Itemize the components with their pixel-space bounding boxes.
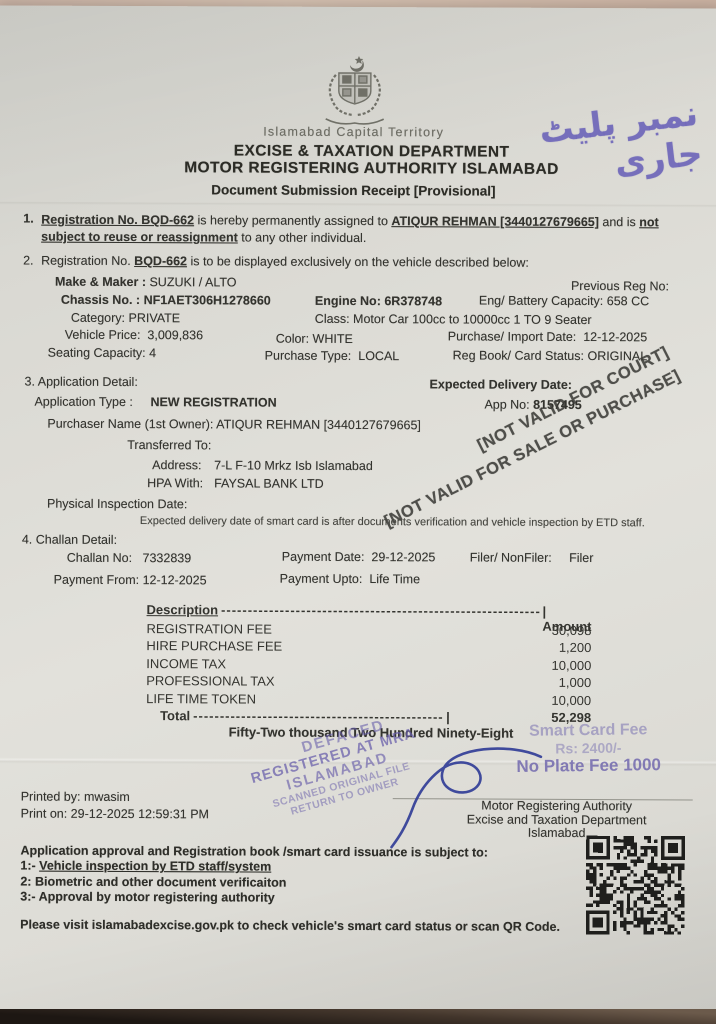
clause2-number: 2. [23,254,33,268]
field-price: Vehicle Price: 3,009,836 [65,328,203,343]
color-label: Color: [276,332,309,346]
clause1-reg: Registration No. BQD-662 [41,213,194,228]
payment-upto-label: Payment Upto: [280,572,363,586]
printed-by: Printed by: mwasim [21,790,130,804]
field-chassis: Chassis No. : NF1AET306H1278660 [61,293,271,308]
note-item-3: 3:- Approval by motor registering author… [20,890,560,908]
clause1-t1: is hereby permanently assigned to [194,213,391,228]
category-value: PRIVATE [128,311,180,325]
fee-amount: 1,200 [531,640,591,655]
clause2-t2: is to be displayed exclusively on the ve… [187,254,529,269]
payment-from-label: Payment From: [54,573,139,587]
delivery-note: Expected delivery date of smart card is … [140,515,645,529]
field-class: Class: Motor Car 100cc to 10000cc 1 TO 9… [315,312,592,327]
authority-title: MOTOR REGISTERING AUTHORITY ISLAMABAD [33,159,709,180]
hpa-label: HPA With: [147,476,203,490]
note-1-text: Vehicle inspection by ETD staff/system [39,859,271,874]
fee-table: Description ----------------------------… [146,602,592,729]
purchase-type-value: LOCAL [358,349,399,363]
clause1-t4: to any other individual. [238,230,367,245]
app-type-value: NEW REGISTRATION [150,395,276,410]
fee-row: PROFESSIONAL TAX1,000 [146,673,591,692]
payment-date-value: 29-12-2025 [371,550,435,564]
purchaser-label: Purchaser Name (1st Owner): [47,417,213,432]
capacity-value: 658 CC [607,294,649,308]
fee-amount: 10,000 [531,658,591,673]
fee-header-description: Description [147,602,219,617]
note-2-num: 2: [20,874,35,888]
fee-row: REGISTRATION FEE30,098 [146,621,591,640]
fee-row: LIFE TIME TOKEN10,000 [146,691,591,710]
payment-from: Payment From: 12-12-2025 [54,573,207,588]
make-value: SUZUKI / ALTO [149,275,236,289]
conditions-notes: Application approval and Registration bo… [20,844,560,935]
document-title: Document Submission Receipt [Provisional… [23,182,683,200]
field-color: Color: WHITE [276,332,353,346]
clause2-reg: BQD-662 [134,254,187,268]
reg-book-label: Reg Book/ Card Status: [453,348,584,363]
fee-table-header: Description ----------------------------… [147,602,592,623]
clause2-text: Registration No. BQD-662 is to be displa… [41,254,529,270]
clause1-t2: and is [599,215,636,229]
field-prev-reg: Previous Reg No: [571,279,669,293]
purchaser-value: ATIQUR REHMAN [3440127679665] [216,417,421,432]
fee-amount: 10,000 [531,692,591,707]
fee-total-bar: | [446,709,450,724]
territory-label: Islamabad Capital Territory [24,124,684,141]
clause1-owner: ATIQUR REHMAN [3440127679665] [391,214,599,229]
fee-desc: INCOME TAX [146,656,226,671]
fee-amount: 1,000 [531,675,591,690]
clause1-number: 1. [23,212,33,226]
purchase-date-value: 12-12-2025 [583,330,647,344]
purchase-type-label: Purchase Type: [265,349,352,363]
payment-upto-value: Life Time [369,572,420,586]
scanned-receipt-page: نمبر پلیٹ جاری Islamabad Capital Territo… [0,5,716,1012]
make-label: Make & Maker : [55,275,146,289]
address-label: Address: [152,458,201,472]
engine-label: Engine No: [315,294,381,308]
clause2-t1: Registration No. [41,254,134,268]
field-capacity: Eng/ Battery Capacity: 658 CC [479,294,649,309]
class-label: Class: [315,312,350,326]
challan-heading: 4. Challan Detail: [22,533,117,547]
note-3-text: Approval by motor registering authority [39,890,275,905]
payment-upto: Payment Upto: Life Time [280,572,420,587]
fee-desc: HIRE PURCHASE FEE [146,638,282,654]
filer-label: Filer/ NonFiler: [470,550,552,564]
seating-label: Seating Capacity: [48,346,146,360]
app-type-label: Application Type : [34,395,133,409]
chassis-label: Chassis No. : [61,293,140,307]
application-heading: 3. Application Detail: [25,375,138,389]
pakistan-emblem [300,53,410,129]
fee-header-dashes: ----------------------------------------… [221,602,539,618]
authority-line1: Motor Registering Authority [423,799,691,814]
fee-row: INCOME TAX10,000 [146,656,591,675]
clause1-text: Registration No. BQD-662 is hereby perma… [41,212,689,249]
engine-value: 6R378748 [384,294,442,308]
chassis-value: NF1AET306H1278660 [144,293,271,308]
note-3-num: 3:- [20,890,38,904]
purchase-date-label: Purchase/ Import Date: [448,329,577,344]
fee-desc: PROFESSIONAL TAX [146,673,274,689]
purchaser: Purchaser Name (1st Owner): ATIQUR REHMA… [47,417,421,433]
note-1-num: 1:- [20,859,39,873]
field-make: Make & Maker : SUZUKI / ALTO [55,275,237,290]
color-value: WHITE [313,332,353,346]
address-value: 7-L F-10 Mrkz Isb Islamabad [214,458,373,473]
qr-code [580,834,690,936]
print-on: Print on: 29-12-2025 12:59:31 PM [21,807,209,822]
field-purchase-type: Purchase Type: LOCAL [265,349,400,364]
expected-delivery-label: Expected Delivery Date: [430,377,572,392]
inspection-label: Physical Inspection Date: [47,497,187,512]
fee-desc: LIFE TIME TOKEN [146,691,256,706]
fee-total-label: Total [146,708,190,723]
fee-desc: REGISTRATION FEE [146,621,272,637]
field-purchase-date: Purchase/ Import Date: 12-12-2025 [448,329,647,344]
challan-no-label: Challan No: [67,551,132,565]
challan-no: Challan No: 7332839 [67,551,191,566]
field-seating: Seating Capacity: 4 [48,346,156,360]
visit-note: Please visit islamabadexcise.gov.pk to c… [20,917,560,935]
payment-from-value: 12-12-2025 [143,573,207,587]
not-valid-watermark: [NOT VALID FOR COURT] [NOT VALID FOR SAL… [349,340,685,544]
note-2-text: Biometric and other document verificaito… [35,874,286,889]
hpa-value: FAYSAL BANK LTD [214,476,324,490]
payment-date-label: Payment Date: [282,550,365,564]
transferred-to-label: Transferred To: [127,438,211,452]
field-engine: Engine No: 6R378748 [315,294,442,309]
fee-amount: 30,098 [531,623,591,638]
capacity-label: Eng/ Battery Capacity: [479,294,603,309]
seating-value: 4 [149,346,156,360]
field-category: Category: PRIVATE [71,311,180,325]
fee-row: HIRE PURCHASE FEE1,200 [146,638,591,657]
payment-date: Payment Date: 29-12-2025 [282,550,436,565]
filer-value: Filer [569,551,593,565]
filer: Filer/ NonFiler: Filer [470,550,594,565]
price-value: 3,009,836 [147,328,203,342]
challan-no-value: 7332839 [143,551,192,565]
table-edge-shadow [0,1009,716,1024]
price-label: Vehicle Price: [65,328,141,342]
category-label: Category: [71,311,125,325]
class-value: Motor Car 100cc to 10000cc 1 TO 9 Seater [353,312,592,327]
